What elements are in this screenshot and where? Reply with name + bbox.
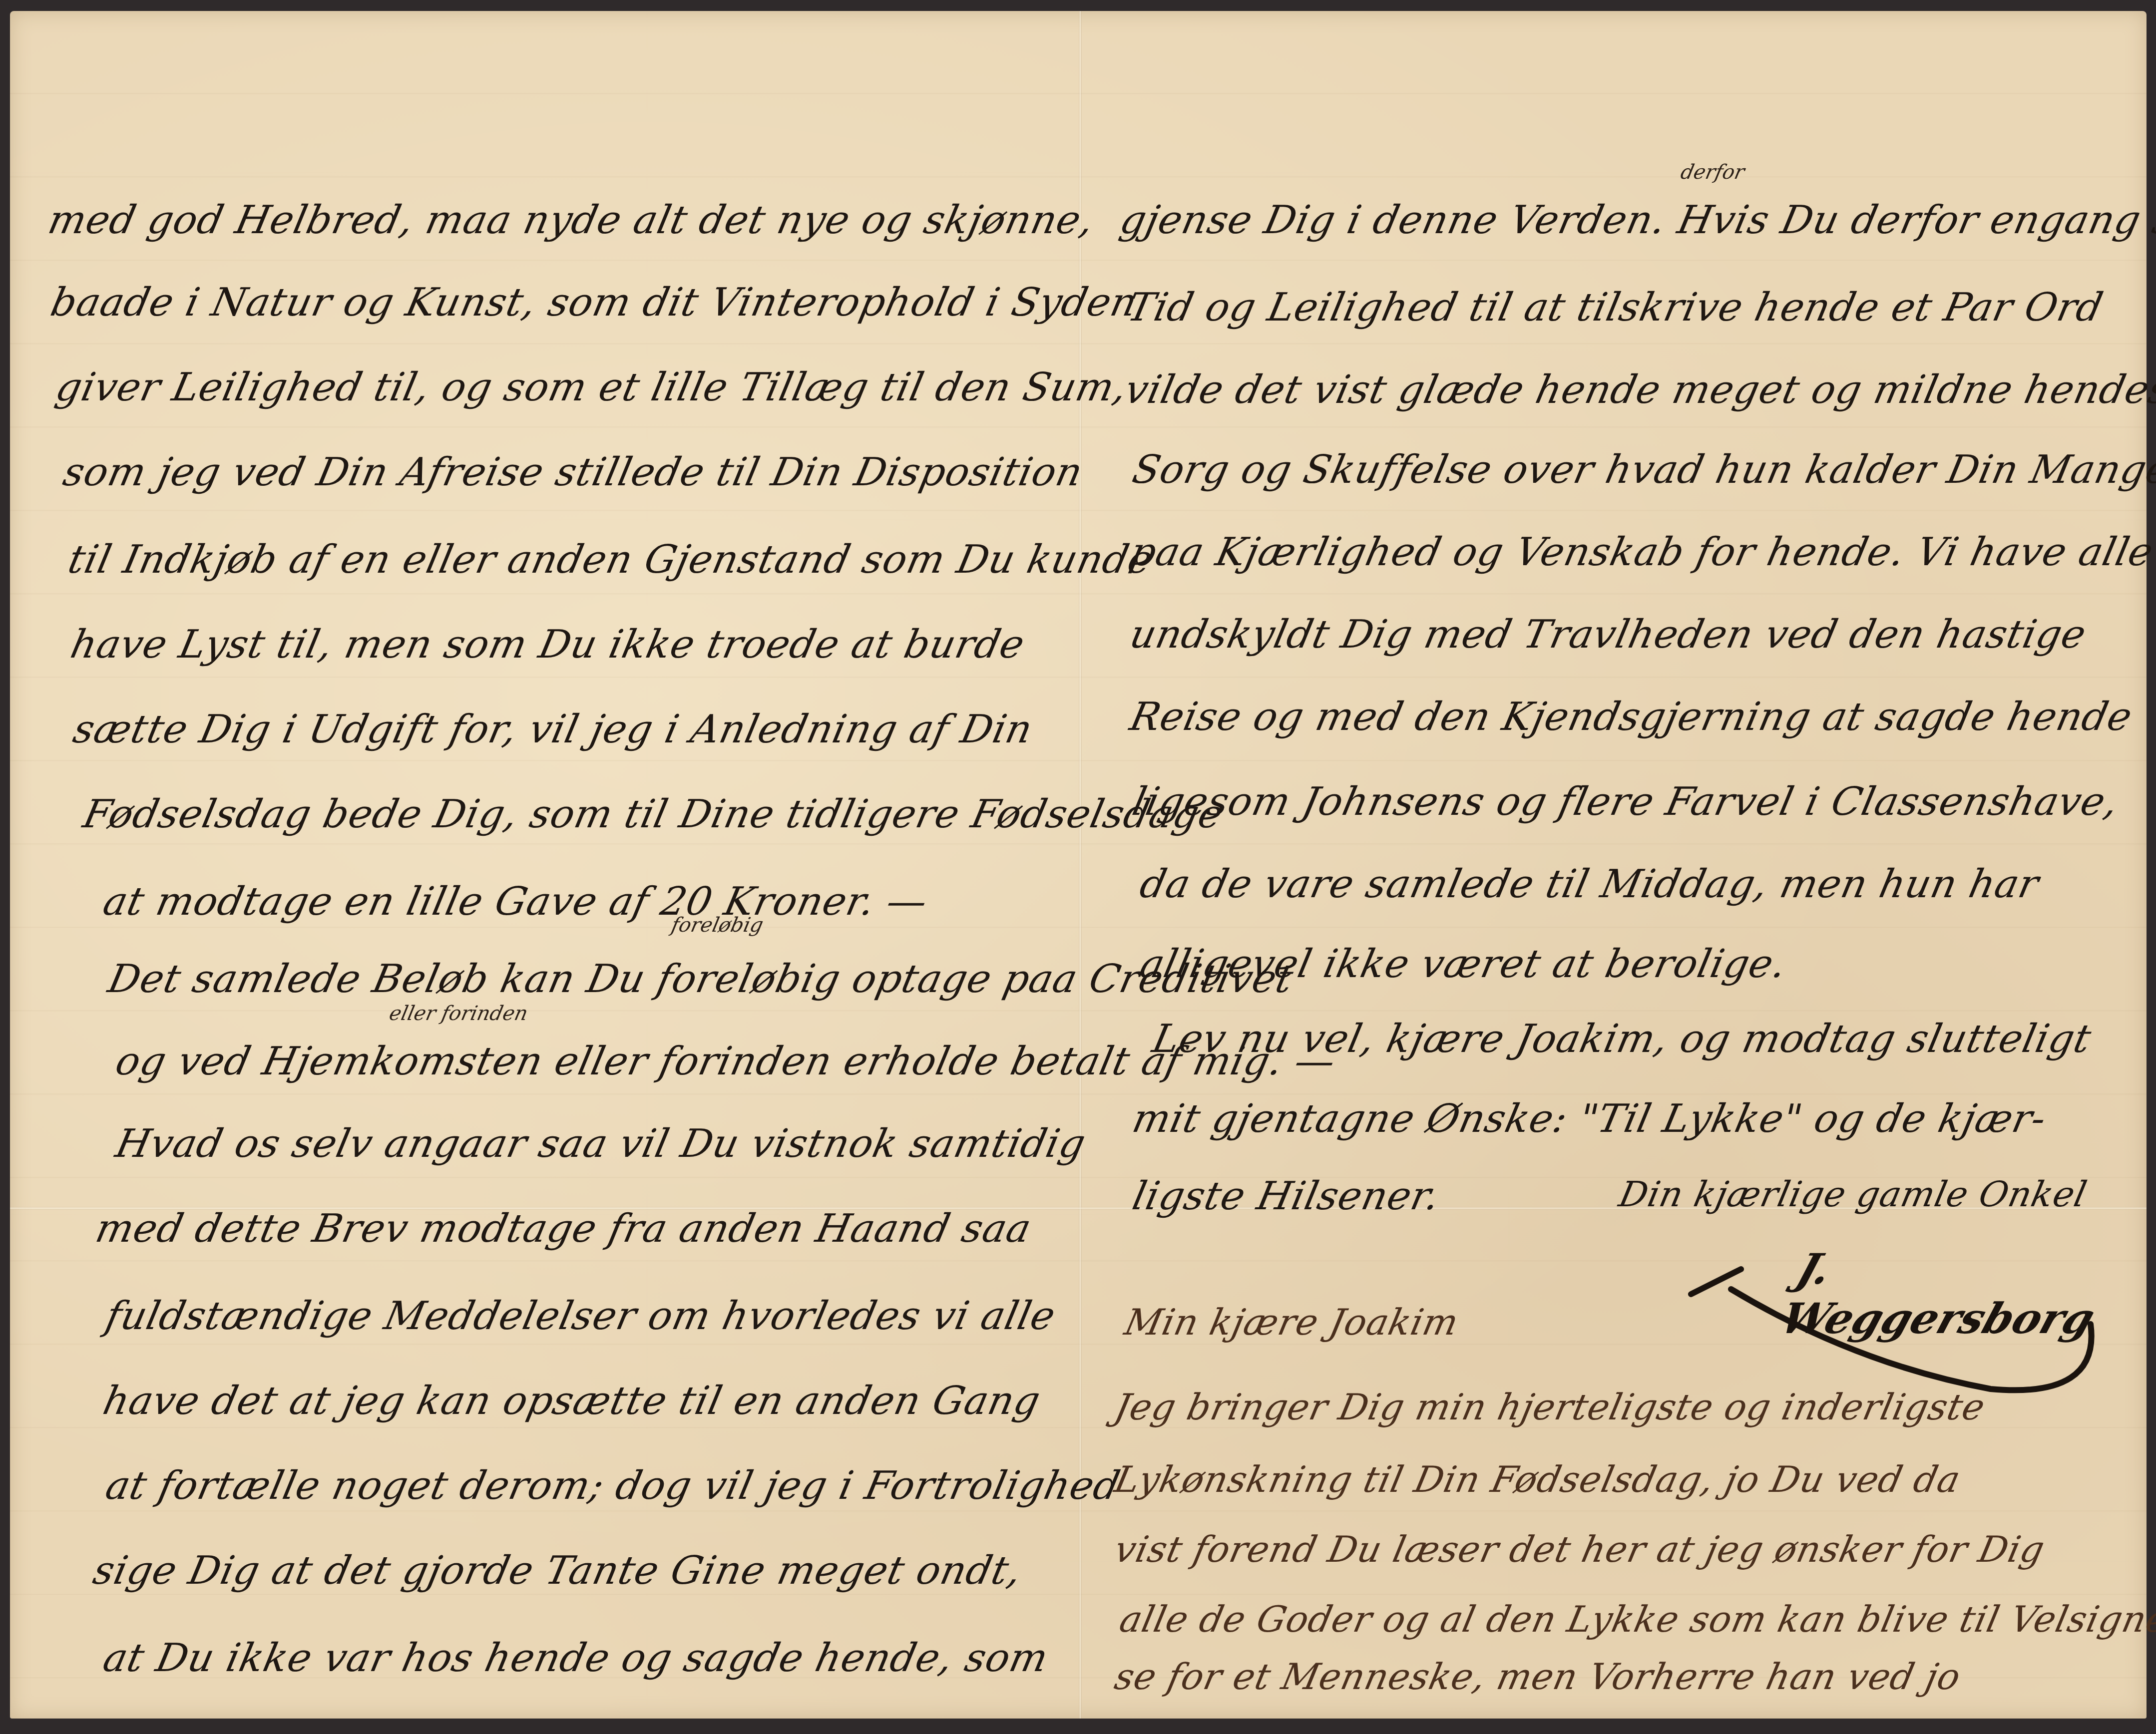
closing-line: Din kjærlige gamle Onkel (1616, 1177, 2090, 1212)
postscript-salutation: Min kjære Joakim (1122, 1304, 1462, 1340)
right-line-9: da de vare samlede til Middag, men hun h… (1137, 865, 2042, 904)
right-line-6: undskyldt Dig med Travlheden ved den has… (1127, 615, 2090, 654)
interlinear-eller-forinden: eller forinden (387, 1002, 530, 1025)
right-line-11: Lev nu vel, kjære Joakim, og modtag slut… (1149, 1020, 2095, 1058)
left-line-1: med god Helbred, maa nyde alt det nye og… (45, 201, 1098, 240)
postscript-line-3: vist forend Du læser det her at jeg ønsk… (1112, 1531, 2048, 1567)
right-line-2: Tid og Leilighed til at tilskrive hende … (1124, 288, 2107, 327)
left-page: med god Helbred, maa nyde alt det nye og… (10, 11, 1079, 1719)
right-line-3: vilde det vist glæde hende meget og mild… (1122, 370, 2156, 409)
left-line-9: at modtage en lille Gave af 20 Kroner. — (100, 882, 931, 921)
right-line-8: ligesom Johnsens og flere Farvel i Class… (1129, 782, 2122, 821)
right-line-1: gjense Dig i denne Verden. Hvis Du derfo… (1117, 201, 2156, 240)
signature-flourish-icon (1681, 1249, 2131, 1409)
right-line-4: Sorg og Skuffelse over hvad hun kalder D… (1129, 450, 2156, 489)
left-line-3: giver Leilighed til, og som et lille Til… (52, 368, 1131, 407)
left-line-13: med dette Brev modtage fra anden Haand s… (92, 1209, 1035, 1248)
postscript-line-4: alle de Goder og al den Lykke som kan bl… (1117, 1601, 2156, 1637)
interlinear-foreloebig: foreløbig (669, 914, 765, 937)
right-line-5: paa Kjærlighed og Venskab for hende. Vi … (1127, 533, 2156, 572)
right-line-7: Reise og med den Kjendsgjerning at sagde… (1127, 697, 2136, 736)
right-line-13: ligste Hilsener. (1129, 1177, 1443, 1216)
left-line-16: at fortælle noget derom; dog vil jeg i F… (102, 1466, 1124, 1505)
left-line-15: have det at jeg kan opsætte til en anden… (100, 1382, 1044, 1420)
right-line-10: alligevel ikke været at berolige. (1137, 945, 1790, 984)
left-line-18: at Du ikke var hos hende og sagde hende,… (100, 1639, 1052, 1678)
right-page: gjense Dig i denne Verden. Hvis Du derfo… (1082, 11, 2147, 1719)
left-line-8: Fødselsdag bede Dig, som til Dine tidlig… (80, 795, 1227, 834)
postscript-line-5: se for et Menneske, men Vorherre han ved… (1112, 1659, 1964, 1695)
postscript-line-1: Jeg bringer Dig min hjerteligste og inde… (1112, 1389, 1988, 1425)
interlinear-derfor: derfor (1679, 161, 1746, 184)
left-line-2: baade i Natur og Kunst, som dit Vinterop… (47, 283, 1141, 322)
left-line-12: Hvad os selv angaar saa vil Du vistnok s… (112, 1124, 1089, 1163)
left-line-5: til Indkjøb af en eller anden Gjenstand … (65, 540, 1156, 579)
right-line-12: mit gjentagne Ønske: "Til Lykke" og de k… (1129, 1099, 2050, 1138)
letter-sheet: med god Helbred, maa nyde alt det nye og… (10, 11, 2147, 1719)
left-line-7: sætte Dig i Udgift for, vil jeg i Anledn… (70, 710, 1036, 749)
left-line-14: fuldstændige Meddelelser om hvorledes vi… (102, 1297, 1059, 1336)
left-line-6: have Lyst til, men som Du ikke troede at… (67, 625, 1028, 664)
left-line-4: som jeg ved Din Afreise stillede til Din… (60, 453, 1086, 492)
postscript-line-2: Lykønskning til Din Fødselsdag, jo Du ve… (1112, 1461, 1964, 1497)
left-line-17: sige Dig at det gjorde Tante Gine meget … (90, 1551, 1025, 1590)
